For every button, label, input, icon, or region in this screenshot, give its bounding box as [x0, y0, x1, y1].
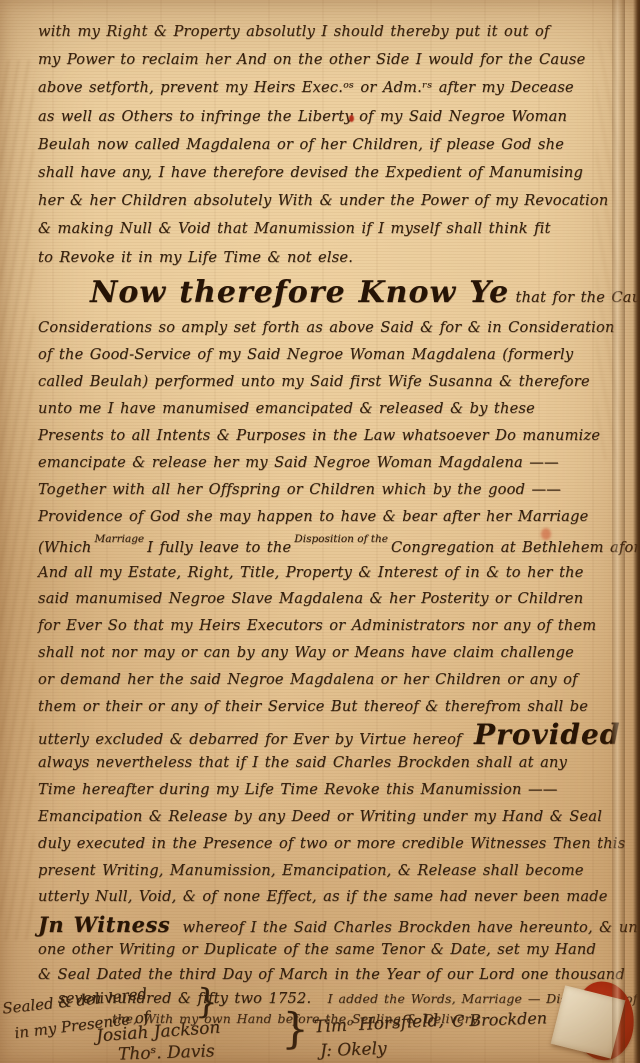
witness-signature-j-okely: J: Okely	[320, 1039, 387, 1061]
text-line: or demand her the said Negroe Magdalena …	[38, 667, 628, 694]
red-ink-smudge	[541, 528, 551, 540]
text-line: shall not nor may or can by any Way or M…	[38, 640, 628, 667]
line-with-interlinear-insertions: (WhichMarriageI fully leave to theDispos…	[38, 530, 628, 560]
text-line: Beulah now called Magdalena or of her Ch…	[38, 131, 628, 159]
text-line: & making Null & Void that Manumission if…	[38, 215, 628, 243]
paragraph-1: with my Right & Property absolutly I sho…	[38, 18, 628, 272]
manuscript-page: with my Right & Property absolutly I sho…	[0, 0, 640, 1063]
text-line: Providence of God she may happen to have…	[38, 503, 628, 530]
heading-now-therefore-know-ye: Now therefore Know Ye	[90, 275, 509, 310]
text-line: above setforth, prevent my Heirs Exec.ᵒˢ…	[38, 74, 628, 102]
text-line: utterly Null, Void, & of none Effect, as…	[38, 884, 628, 911]
interlinear-insertion-marriage: Marriage	[95, 533, 145, 545]
text-segment: whereof I the Said Charles Brockden have…	[183, 919, 640, 936]
text-segment: utterly excluded & debarred for Ever by …	[38, 731, 462, 748]
paragraph-2: Considerations so amply set forth as abo…	[38, 314, 628, 530]
interlinear-insertion-disposition: Disposition of the	[294, 533, 388, 545]
section-heading-line: Now therefore Know Ye that for the Cause…	[38, 272, 628, 314]
addendum-note-continued: the, With my own Hand before the Sealing…	[112, 1010, 628, 1027]
text-line: Time hereafter during my Life Time Revok…	[38, 777, 628, 804]
text-line: & Seal Dated the third Day of March in t…	[38, 963, 628, 988]
page-right-edge-shadow	[633, 0, 640, 1063]
text-line: for Ever So that my Heirs Executors or A…	[38, 613, 628, 640]
text-line: her & her Children absolutely With & und…	[38, 187, 628, 215]
text-line: Together with all her Offspring or Child…	[38, 476, 628, 503]
text-line: one other Writing or Duplicate of the sa…	[38, 938, 628, 963]
date-line-1752: seven hundred & fifty two 1752. I added …	[58, 987, 628, 1010]
text-line: Considerations so amply set forth as abo…	[38, 314, 628, 341]
text-line: Emancipation & Release by any Deed or Wr…	[38, 804, 628, 831]
provided-clause-line: utterly excluded & debarred for Ever by …	[38, 720, 628, 750]
text-line: emancipate & release her my Said Negroe …	[38, 449, 628, 476]
text-segment: Congregation at Bethlehem aforesaid)	[391, 539, 640, 556]
text-line: And all my Estate, Right, Title, Propert…	[38, 560, 628, 587]
text-line: duly executed in the Presence of two or …	[38, 831, 628, 858]
heading-continuation: that for the Causes &	[516, 289, 640, 306]
red-ink-speck	[349, 115, 354, 122]
text-line: to Revoke it in my Life Time & not else.	[38, 244, 628, 272]
bleed-through-smudge-left	[0, 60, 34, 940]
text-line: said manumised Negroe Slave Magdalena & …	[38, 586, 628, 613]
date-text: seven hundred & fifty two 1752.	[58, 990, 311, 1007]
in-witness-large-words: Jn Witness	[38, 912, 170, 937]
paragraph-4: always nevertheless that if I the said C…	[38, 750, 628, 911]
in-witness-line: Jn Witness whereof I the Said Charles Br…	[38, 911, 628, 938]
text-line: of the Good-Service of my Said Negroe Wo…	[38, 341, 628, 368]
text-line: with my Right & Property absolutly I sho…	[38, 18, 628, 46]
witness-signature-thomas-davis: Thoˢ. Davis	[118, 1041, 215, 1063]
text-line: unto me I have manumised emancipated & r…	[38, 395, 628, 422]
text-line: as well as Others to infringe the Libert…	[38, 103, 628, 131]
paragraph-3: And all my Estate, Right, Title, Propert…	[38, 560, 628, 721]
text-line: called Beulah) performed unto my Said fi…	[38, 368, 628, 395]
text-line: always nevertheless that if I the said C…	[38, 750, 628, 777]
text-line: my Power to reclaim her And on the other…	[38, 46, 628, 74]
paragraph-5: one other Writing or Duplicate of the sa…	[38, 938, 628, 987]
text-segment: I fully leave to the	[147, 539, 291, 556]
text-line: present Writing, Manumission, Emancipati…	[38, 858, 628, 885]
text-line: them or their or any of their Service Bu…	[38, 694, 628, 721]
manuscript-text: with my Right & Property absolutly I sho…	[38, 18, 628, 1027]
text-line: shall have any, I have therefore devised…	[38, 159, 628, 187]
text-line: Presents to all Intents & Purposes in th…	[38, 422, 628, 449]
provided-large-word: Provided	[474, 718, 620, 751]
text-segment: (Which	[38, 539, 92, 556]
